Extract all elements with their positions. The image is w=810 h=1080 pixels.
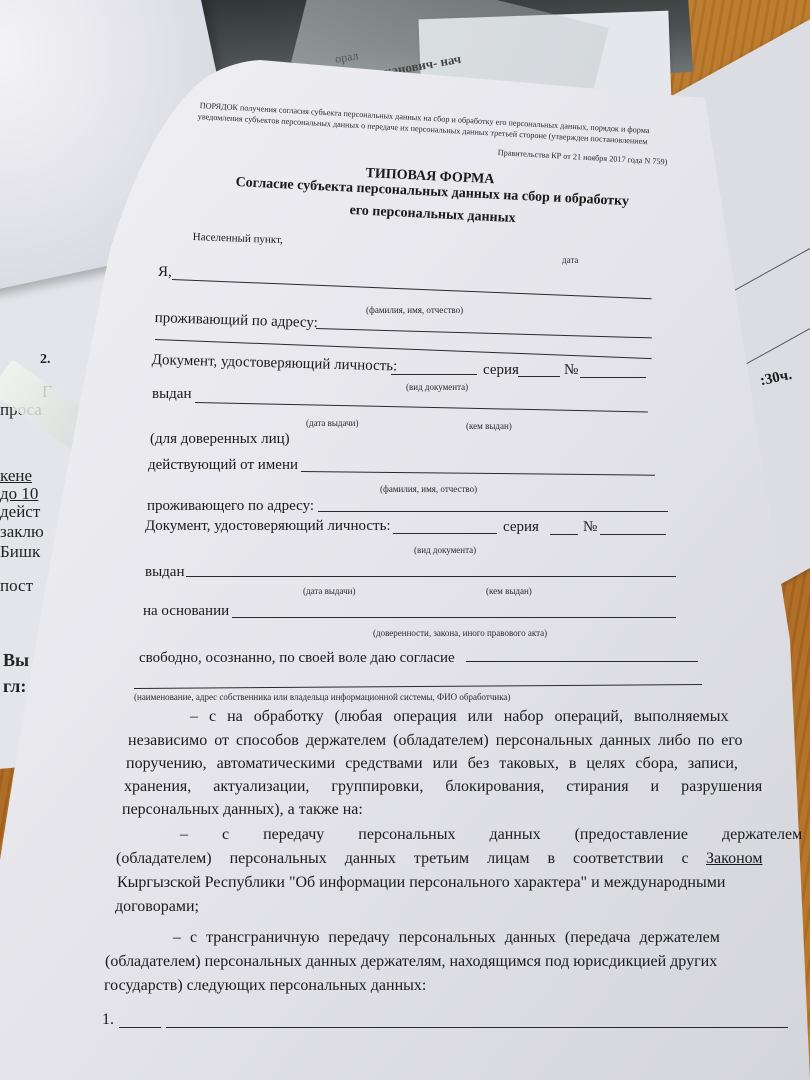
consent-label: свободно, осознанно, по своей воле даю с… xyxy=(139,650,455,667)
paragraph-3-line-1: – с трансграничную передачу персональных… xyxy=(173,929,720,947)
doc-type-input-line-2[interactable] xyxy=(393,533,497,534)
paragraph-1-line-3: поручению, автоматическими средствами ил… xyxy=(126,755,738,773)
series-label: серия xyxy=(483,362,519,379)
number-label: № xyxy=(564,362,578,379)
residing-label-2: проживающего по адресу: xyxy=(147,498,314,515)
paragraph-2-line-3: Кыргызской Республики "Об информации пер… xyxy=(117,874,725,892)
principal-address-input-line[interactable] xyxy=(318,511,668,512)
paragraph-1-line-4: хранения, актуализации, группировки, бло… xyxy=(124,778,762,796)
basis-label: на основании xyxy=(143,603,229,620)
issued-by-caption-2: (кем выдан) xyxy=(486,586,532,596)
issued-label: выдан xyxy=(152,386,191,403)
issue-date-caption: (дата выдачи) xyxy=(306,418,358,428)
paragraph-2-line-1: – с передачу персональных данных (предос… xyxy=(180,826,802,844)
i-label: Я, xyxy=(158,264,172,281)
basis-caption: (доверенности, закона, иного правового а… xyxy=(373,628,547,638)
consent-input-line[interactable] xyxy=(466,661,698,662)
series-input-line-2[interactable] xyxy=(550,534,578,535)
number-input-line[interactable] xyxy=(580,377,646,378)
issue-date-caption-2: (дата выдачи) xyxy=(303,586,355,596)
doc-type-caption: (вид документа) xyxy=(406,382,468,392)
proxies-note: (для доверенных лиц) xyxy=(150,431,290,448)
series-input-line[interactable] xyxy=(518,376,560,377)
paragraph-2-line-2: (обладателем) персональных данных третьи… xyxy=(116,850,689,868)
operator-caption: (наименование, адрес собственника или вл… xyxy=(134,692,510,702)
issued-label-2: выдан xyxy=(145,564,184,581)
paragraph-3-line-3: государств) следующих персональных данны… xyxy=(104,977,426,995)
paragraph-1-line-5: персональных данных), а также на: xyxy=(122,801,363,819)
date-label: дата xyxy=(562,255,578,265)
issued-by-caption: (кем выдан) xyxy=(466,421,512,431)
doc-type-input-line[interactable] xyxy=(391,374,477,375)
number-input-line-2[interactable] xyxy=(600,534,666,535)
fio-caption: (фамилия, имя, отчество) xyxy=(366,305,463,315)
list-item-1-input-line[interactable] xyxy=(166,1027,788,1028)
series-label-2: серия xyxy=(503,519,539,536)
list-item-1-short-line[interactable] xyxy=(119,1027,161,1028)
id-document-label-2: Документ, удостоверяющий личность: xyxy=(145,518,391,535)
paragraph-1-line-1: – с на обработку (любая операция или наб… xyxy=(190,708,729,726)
number-label-2: № xyxy=(583,519,597,536)
basis-input-line[interactable] xyxy=(232,617,676,618)
paragraph-3-line-2: (обладателем) персональных данных держат… xyxy=(105,953,717,971)
document-sheet xyxy=(0,0,810,1080)
list-item-1-number: 1. xyxy=(102,1011,114,1029)
paragraph-2-line-4: договорами; xyxy=(115,898,199,916)
fio-caption-2: (фамилия, имя, отчество) xyxy=(380,484,477,494)
law-link[interactable]: Законом xyxy=(706,850,762,868)
paragraph-1-line-2: независимо от способов держателем (облад… xyxy=(128,732,743,750)
acting-label: действующий от имени xyxy=(148,457,298,474)
issued-input-line-2[interactable] xyxy=(186,576,676,577)
doc-type-caption-2: (вид документа) xyxy=(414,545,476,555)
